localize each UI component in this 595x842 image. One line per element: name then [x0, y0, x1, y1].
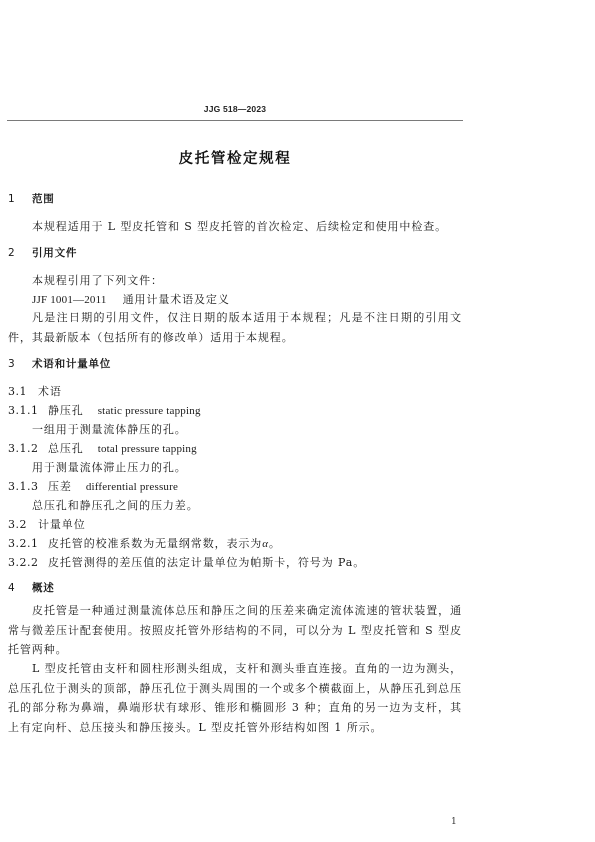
term-chinese: 静压孔 — [48, 404, 84, 417]
section-1-heading: 1范围 — [8, 192, 55, 207]
section-3-heading: 3术语和计量单位 — [8, 357, 111, 372]
header-divider — [7, 120, 463, 121]
term-english: static pressure tapping — [98, 405, 201, 417]
clause-number: 3.2 — [8, 517, 38, 532]
standard-code-header: JJG 518—2023 — [7, 104, 463, 114]
term-english: total pressure tapping — [98, 443, 197, 455]
clause-text: 皮托管的校准系数为无量纲常数，表示为 — [48, 537, 262, 550]
term-chinese: 压差 — [48, 480, 72, 493]
section-title: 术语和计量单位 — [32, 358, 111, 370]
clause-title: 术语 — [38, 385, 62, 398]
clause-number: 3.1 — [8, 384, 38, 399]
clause-text-end: 。 — [269, 537, 281, 550]
clause-number: 3.1.2 — [8, 441, 48, 456]
clause-3-1: 3.1术语 — [8, 384, 62, 399]
document-title: 皮托管检定规程 — [7, 147, 463, 168]
overview-paragraph-1: 皮托管是一种通过测量流体总压和静压之间的压差来确定流体流速的管状装置，通常与微差… — [8, 601, 462, 660]
clause-3-2: 3.2计量单位 — [8, 517, 86, 532]
symbol-alpha: α — [262, 538, 269, 550]
section-title: 引用文件 — [32, 247, 77, 259]
references-intro: 本规程引用了下列文件： — [32, 273, 163, 288]
term-definition: 总压孔和静压孔之间的压力差。 — [32, 498, 199, 513]
term-chinese: 总压孔 — [48, 442, 84, 455]
clause-number: 3.1.1 — [8, 403, 48, 418]
clause-number: 3.2.2 — [8, 555, 48, 570]
page-number: 1 — [451, 817, 457, 827]
term-english: differential pressure — [86, 481, 178, 493]
clause-3-1-3: 3.1.3压差differential pressure — [8, 479, 178, 495]
section-4-heading: 4概述 — [8, 581, 55, 596]
section-number: 1 — [8, 192, 32, 207]
clause-3-1-1: 3.1.1静压孔static pressure tapping — [8, 403, 201, 419]
reference-title: 通用计量术语及定义 — [123, 293, 230, 306]
section-1-text: 本规程适用于 L 型皮托管和 S 型皮托管的首次检定、后续检定和使用中检查。 — [32, 219, 447, 234]
document-page: JJG 518—2023 皮托管检定规程 1范围 本规程适用于 L 型皮托管和 … — [0, 0, 595, 842]
term-definition: 用于测量流体滞止压力的孔。 — [32, 460, 187, 475]
references-note: 凡是注日期的引用文件，仅注日期的版本适用于本规程；凡是不注日期的引用文件，其最新… — [8, 308, 462, 347]
clause-text: 皮托管测得的差压值的法定计量单位为帕斯卡，符号为 Pa。 — [48, 556, 365, 569]
section-title: 范围 — [32, 193, 55, 205]
clause-number: 3.2.1 — [8, 536, 48, 551]
term-definition: 一组用于测量流体静压的孔。 — [32, 422, 187, 437]
clause-3-1-2: 3.1.2总压孔total pressure tapping — [8, 441, 197, 457]
reference-code: JJF 1001—2011 — [32, 294, 107, 306]
reference-item: JJF 1001—2011通用计量术语及定义 — [32, 292, 230, 308]
overview-paragraph-2: L 型皮托管由支杆和圆柱形测头组成，支杆和测头垂直连接。直角的一边为测头，总压孔… — [8, 659, 462, 737]
clause-title: 计量单位 — [38, 518, 86, 531]
section-title: 概述 — [32, 582, 55, 594]
clause-number: 3.1.3 — [8, 479, 48, 494]
section-number: 3 — [8, 357, 32, 372]
clause-3-2-1: 3.2.1皮托管的校准系数为无量纲常数，表示为α。 — [8, 536, 281, 552]
section-number: 2 — [8, 246, 32, 261]
section-number: 4 — [8, 581, 32, 596]
clause-3-2-2: 3.2.2皮托管测得的差压值的法定计量单位为帕斯卡，符号为 Pa。 — [8, 555, 365, 570]
section-2-heading: 2引用文件 — [8, 246, 77, 261]
